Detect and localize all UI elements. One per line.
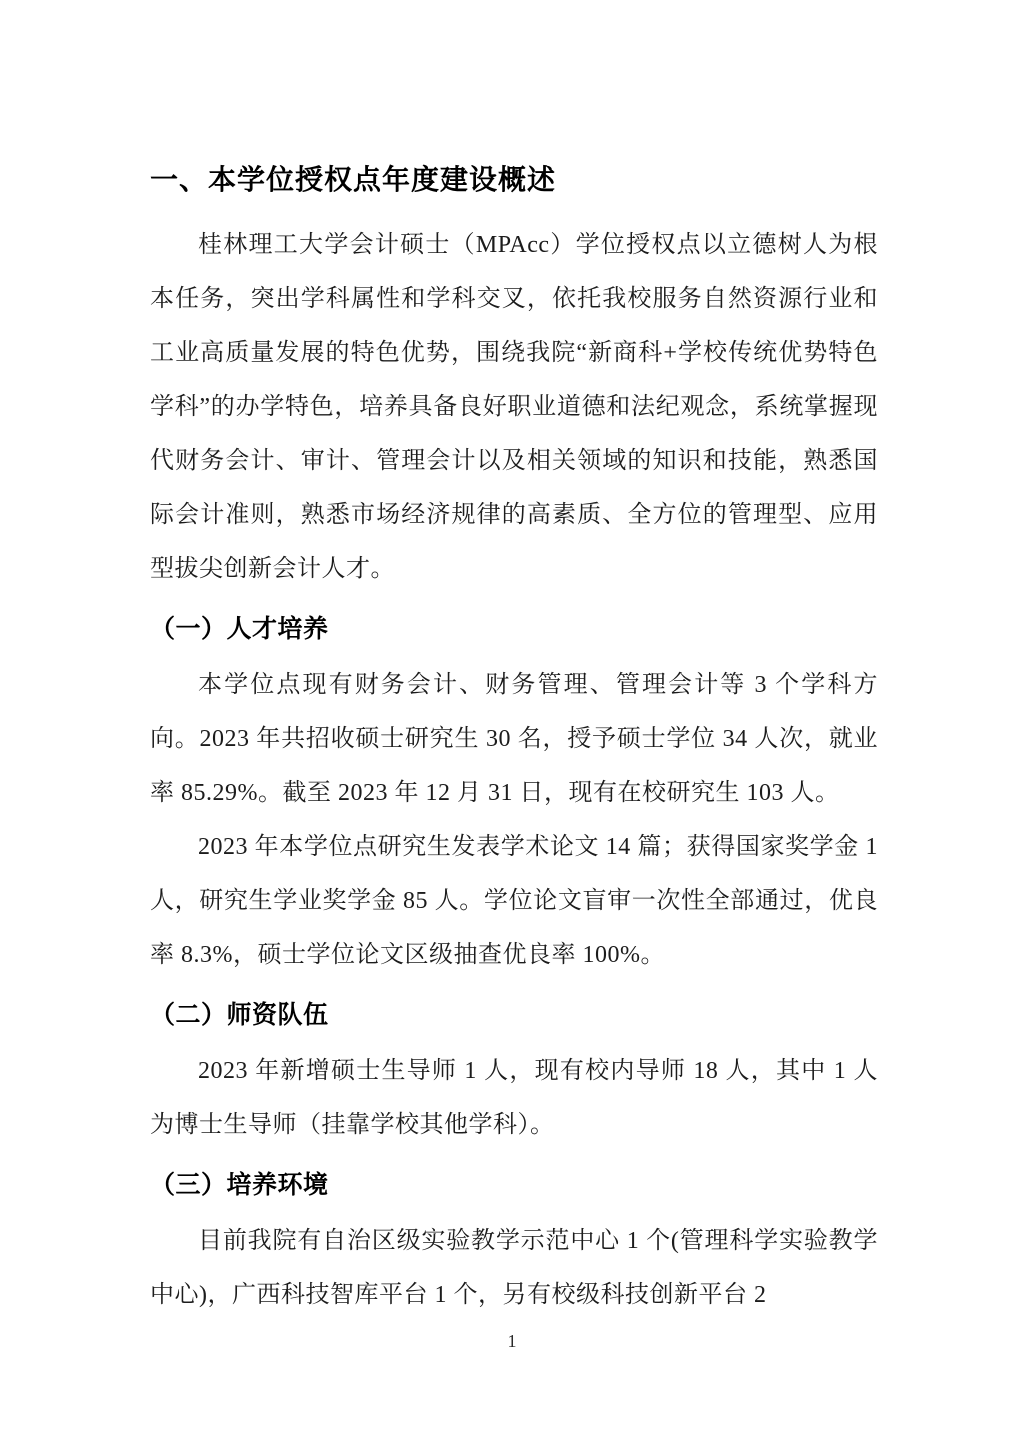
paragraph-enrollment-stats: 本学位点现有财务会计、财务管理、管理会计等 3 个学科方向。2023 年共招收硕…	[150, 658, 878, 820]
paragraph-supervisor-stats: 2023 年新增硕士生导师 1 人，现有校内导师 18 人，其中 1 人为博士生…	[150, 1044, 878, 1152]
section-title-training-environment: （三）培养环境	[150, 1158, 878, 1212]
page-number: 1	[0, 1331, 1024, 1352]
intro-paragraph: 桂林理工大学会计硕士（MPAcc）学位授权点以立德树人为根本任务，突出学科属性和…	[150, 218, 878, 596]
paragraph-thesis-awards-stats: 2023 年本学位点研究生发表学术论文 14 篇；获得国家奖学金 1 人，研究生…	[150, 820, 878, 982]
paragraph-platform-stats: 目前我院有自治区级实验教学示范中心 1 个(管理科学实验教学中心)，广西科技智库…	[150, 1214, 878, 1322]
document-page: 一、本学位授权点年度建设概述 桂林理工大学会计硕士（MPAcc）学位授权点以立德…	[0, 0, 1024, 1448]
section-title-talent-training: （一）人才培养	[150, 602, 878, 656]
page-title: 一、本学位授权点年度建设概述	[150, 158, 878, 202]
section-title-faculty-team: （二）师资队伍	[150, 988, 878, 1042]
